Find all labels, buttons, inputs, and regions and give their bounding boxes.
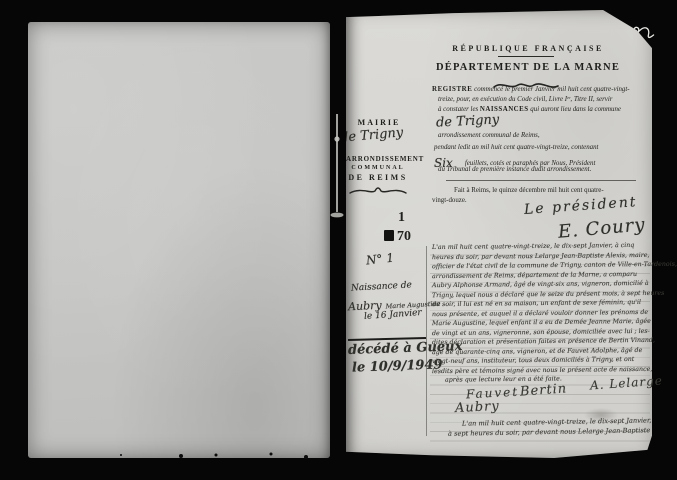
republique-title: RÉPUBLIQUE FRANÇAISE bbox=[432, 44, 624, 53]
certification-line2: vingt-douze. bbox=[432, 197, 467, 204]
act-number-handwritten: N° 1 bbox=[365, 251, 394, 268]
president-signature: E. Coury bbox=[557, 214, 646, 243]
registre-word: REGISTRE bbox=[432, 86, 472, 93]
film-number: 70 bbox=[397, 229, 411, 244]
departement-title: DÉPARTEMENT DE LA MARNE bbox=[432, 62, 624, 73]
margin-note-naissance: Naissance de bbox=[351, 280, 412, 293]
registre-line2: treize, pour, en exécution du Code civil… bbox=[438, 96, 612, 103]
de-reims-label: DE REIMS bbox=[346, 173, 410, 182]
dust-specks bbox=[120, 454, 122, 456]
registre-line3-pre: à constater les bbox=[438, 106, 480, 113]
arrondissement-label: ARRONDISSEMENT bbox=[346, 155, 410, 163]
folio-number: 1 bbox=[398, 210, 405, 226]
registre-line6: pendant ledit an mil huit cent quatre-vi… bbox=[434, 144, 598, 151]
film-number-stamp: 70 bbox=[384, 229, 411, 245]
act-line: âgé de quarante-cinq ans, vigneron, et d… bbox=[432, 346, 642, 355]
act-line: arrondissement de Reims, département de … bbox=[432, 270, 637, 279]
communal-label: COMMUNAL bbox=[346, 165, 410, 171]
commune-handwritten: de Trigny bbox=[436, 112, 500, 130]
flourish-ornament-icon bbox=[346, 184, 410, 202]
title-rule bbox=[498, 56, 554, 57]
registre-line8: du Tribunal de première instance dudit a… bbox=[438, 166, 591, 173]
registre-line3-post: qui auront lieu dans la commune bbox=[529, 106, 621, 113]
margin-separator-line bbox=[426, 246, 427, 436]
ink-blot-icon bbox=[384, 230, 394, 241]
scanned-register-spread: MAIRIE de Trigny ARRONDISSEMENT COMMUNAL… bbox=[0, 0, 677, 480]
mairie-commune-handwritten: de Trigny bbox=[339, 125, 403, 145]
father-signature: Aubry bbox=[455, 399, 500, 416]
certification-line1: Fait à Reims, le quinze décembre mil hui… bbox=[454, 187, 604, 194]
death-note-line2: le 10/9/1949 bbox=[352, 357, 443, 375]
registre-line1: REGISTRE commencé le premier Janvier mil… bbox=[432, 86, 630, 93]
binding-fastener-icon bbox=[330, 112, 344, 224]
blank-left-page bbox=[28, 22, 330, 458]
paragraph-rule bbox=[446, 180, 636, 181]
registre-line3: à constater les NAISSANCES qui auront li… bbox=[438, 106, 621, 113]
registre-line5: arrondissement communal de Reims, bbox=[438, 132, 540, 139]
registre-line1-rest: commencé le premier Janvier mil huit cen… bbox=[472, 86, 629, 93]
president-title-handwritten: Le président bbox=[524, 194, 638, 218]
